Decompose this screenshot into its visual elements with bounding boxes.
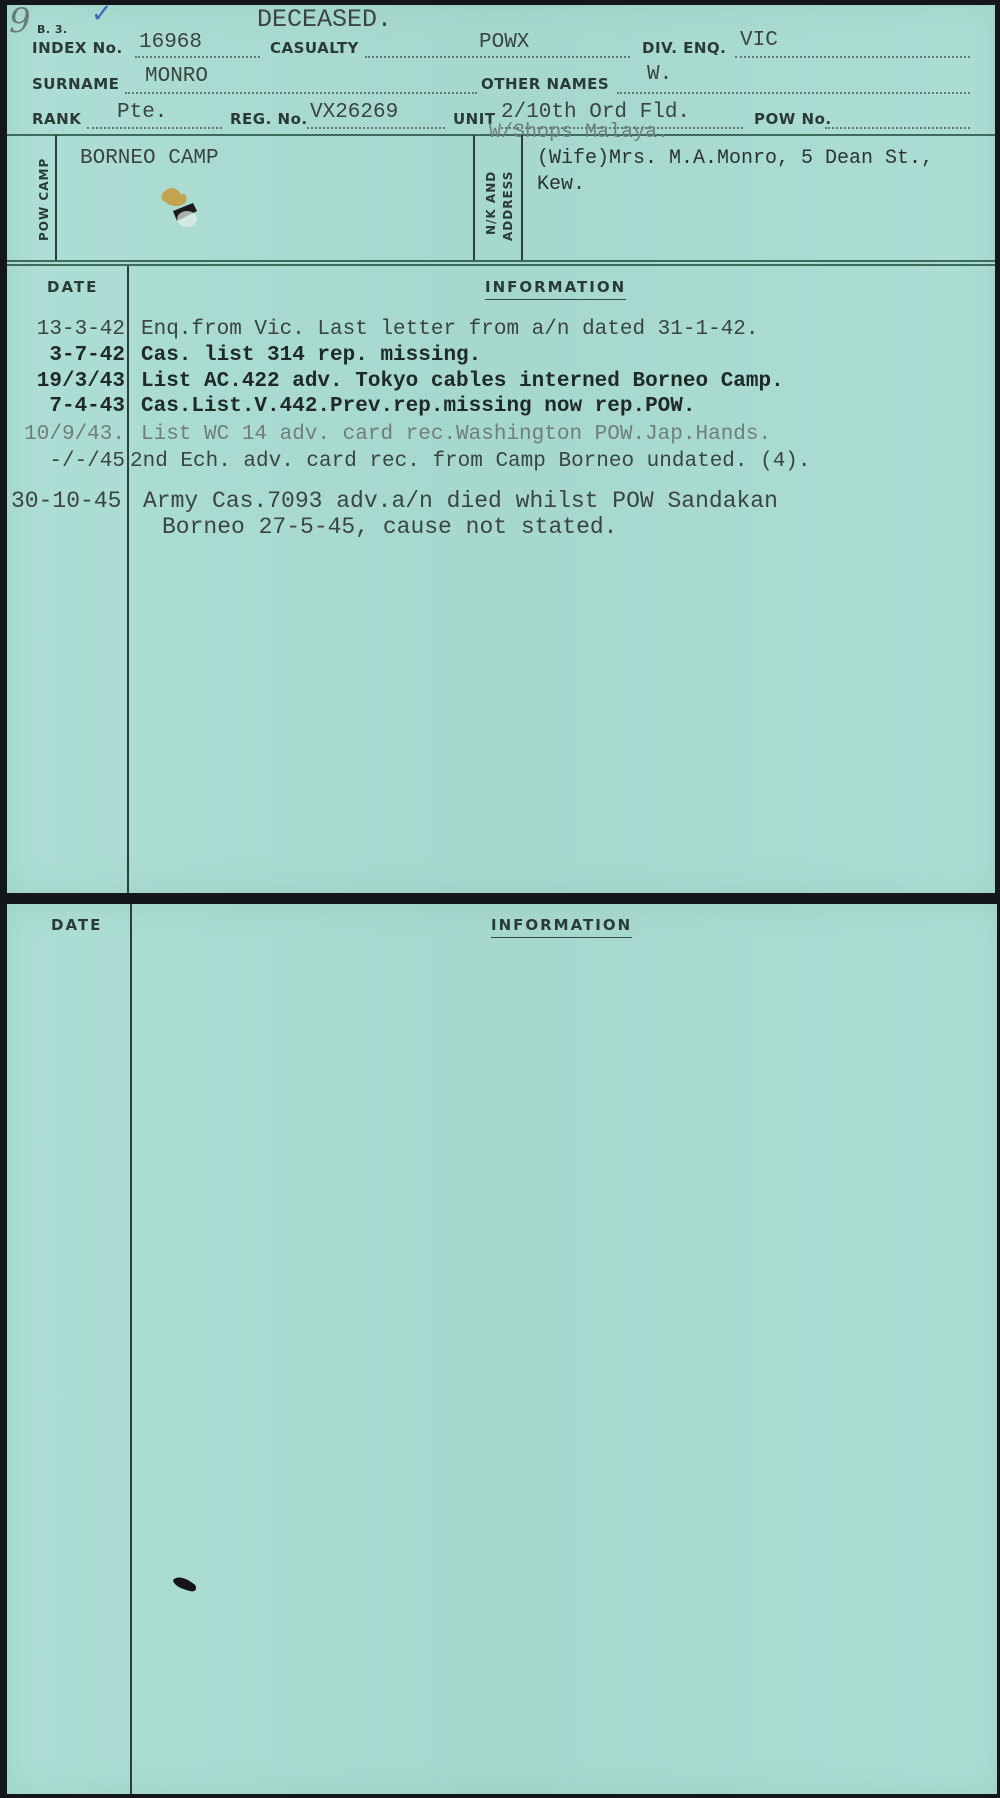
- entry-date: -/-/45: [7, 450, 125, 473]
- casualty-value: POWX: [479, 31, 529, 54]
- other-names-label: OTHER NAMES: [481, 75, 609, 93]
- entry-date: 30-10-45: [11, 488, 131, 514]
- div-enq-value: VIC: [740, 29, 778, 52]
- surname-label: SURNAME: [32, 75, 119, 93]
- entry-date: 10/9/43.: [7, 423, 125, 446]
- record-card-back: DATE INFORMATION: [7, 904, 997, 1794]
- entry-info: Borneo 27-5-45, cause not stated.: [162, 514, 617, 540]
- pow-camp-label: POW CAMP: [37, 158, 51, 241]
- pencil-annotation: 9: [9, 1, 31, 41]
- back-information-column-header: INFORMATION: [491, 916, 632, 938]
- information-column-header: INFORMATION: [485, 278, 626, 300]
- deceased-stamp: DECEASED.: [257, 5, 392, 34]
- record-card-front: 9 ✓ B. 3. DECEASED. INDEX No. 16968 CASU…: [7, 5, 995, 893]
- entry-date: 3-7-42: [7, 344, 125, 367]
- nk-label: N/K AND: [484, 171, 498, 235]
- address-label: ADDRESS: [501, 171, 515, 241]
- entry-info: Army Cas.7093 adv.a/n died whilst POW Sa…: [143, 488, 778, 514]
- pow-no-label: POW No.: [754, 110, 832, 128]
- back-date-column-header: DATE: [51, 916, 102, 934]
- entry-info: Cas.List.V.442.Prev.rep.missing now rep.…: [141, 395, 696, 418]
- other-names-value: W.: [647, 63, 672, 86]
- entry-info: List WC 14 adv. card rec.Washington POW.…: [141, 423, 771, 446]
- rank-label: RANK: [32, 110, 81, 128]
- form-code: B. 3.: [37, 23, 68, 36]
- ink-blot-mark: [157, 185, 203, 235]
- entry-date: 19/3/43: [7, 370, 125, 393]
- entry-info: 2nd Ech. adv. card rec. from Camp Borneo…: [130, 450, 811, 473]
- pow-camp-value: BORNEO CAMP: [80, 147, 219, 170]
- rank-value: Pte.: [117, 101, 167, 124]
- div-enq-label: DIV. ENQ.: [642, 39, 726, 57]
- entry-info: Cas. list 314 rep. missing.: [141, 344, 481, 367]
- casualty-label: CASUALTY: [270, 39, 359, 57]
- index-label: INDEX No.: [32, 39, 123, 57]
- nk-address-line2: Kew.: [537, 173, 585, 196]
- index-value: 16968: [139, 31, 202, 54]
- date-column-header: DATE: [47, 278, 98, 296]
- surname-value: MONRO: [145, 65, 208, 88]
- nk-address-line1: (Wife)Mrs. M.A.Monro, 5 Dean St.,: [537, 147, 933, 170]
- unit-value-continued: W/Shops Malaya.: [489, 121, 669, 144]
- entry-info: List AC.422 adv. Tokyo cables interned B…: [141, 370, 784, 393]
- checkmark-icon: ✓: [91, 0, 113, 29]
- reg-no-label: REG. No.: [230, 110, 308, 128]
- entry-date: 13-3-42: [7, 318, 125, 341]
- ink-spot-mark: [170, 1574, 200, 1596]
- reg-no-value: VX26269: [310, 101, 398, 124]
- entry-date: 7-4-43: [7, 395, 125, 418]
- entry-info: Enq.from Vic. Last letter from a/n dated…: [141, 318, 759, 341]
